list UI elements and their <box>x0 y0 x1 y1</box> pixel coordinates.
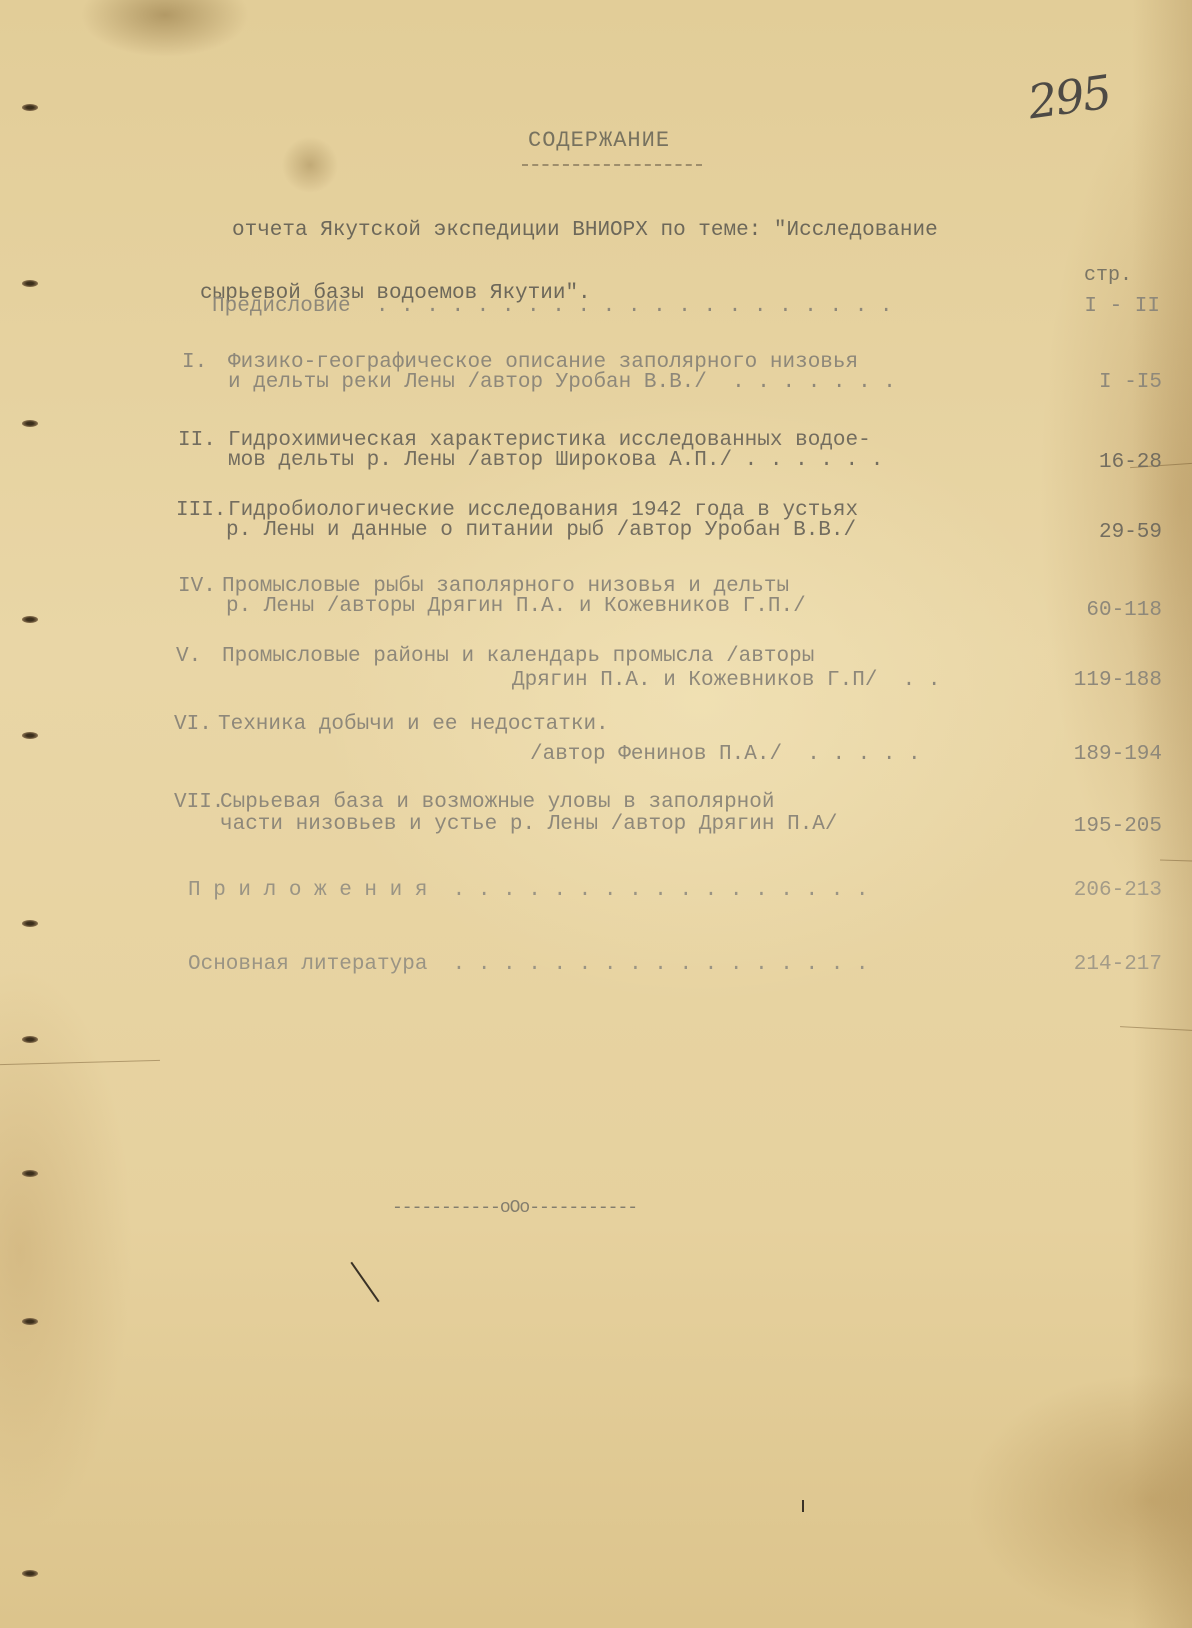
report-subtitle: отчета Якутской экспедиции ВНИОРХ по тем… <box>200 178 1140 346</box>
paper-crease <box>0 1060 160 1065</box>
entry-numeral: VII. <box>174 792 224 814</box>
entry-title: Основная литература . . . . . . . . . . … <box>188 954 869 976</box>
entry-title-line: р. Лены /авторы Дрягин П.А. и Кожевников… <box>226 596 806 618</box>
entry-title-line: части низовьев и устье р. Лены /автор Др… <box>220 814 838 836</box>
entry-title-line: Дрягин П.А. и Кожевников Г.П/ . . <box>512 670 940 692</box>
closing-separator: -----------oOo----------- <box>392 1198 637 1218</box>
punch-hole <box>22 104 38 111</box>
punch-hole <box>22 420 38 427</box>
page-column-header: стр. <box>1084 264 1132 287</box>
stray-mark <box>350 1262 379 1302</box>
entry-title-line: р. Лены и данные о питании рыб /автор Ур… <box>226 520 856 542</box>
entry-numeral: III. <box>176 500 226 522</box>
folio-number: 295 <box>1025 65 1114 130</box>
punch-hole <box>22 616 38 623</box>
entry-numeral: V. <box>176 646 201 668</box>
entry-pages: 119-188 <box>1074 670 1162 692</box>
punch-hole <box>22 1170 38 1177</box>
entry-pages: 206-213 <box>1074 880 1162 902</box>
entry-title-line: и дельты реки Лены /автор Уробан В.В./ .… <box>228 372 896 394</box>
document-page: 295 СОДЕРЖАНИЕ отчета Якутской экспедици… <box>0 0 1192 1628</box>
entry-pages: 195-205 <box>1074 816 1162 838</box>
punch-hole <box>22 1036 38 1043</box>
entry-title-line: Сырьевая база и возможные уловы в заполя… <box>220 792 775 814</box>
entry-numeral: VI. <box>174 714 212 736</box>
entry-pages: 16-28 <box>1099 452 1162 474</box>
paper-stain <box>1132 0 1192 1628</box>
entry-pages: 60-118 <box>1086 600 1162 622</box>
punch-hole <box>22 732 38 739</box>
entry-numeral: I. <box>182 352 207 374</box>
entry-title-line: мов дельты р. Лены /автор Широкова А.П./… <box>228 450 883 472</box>
entry-pages: I -I5 <box>1099 372 1162 394</box>
entry-numeral: IV. <box>178 576 216 598</box>
entry-title-line: /автор Фенинов П.А./ . . . . . <box>530 744 921 766</box>
entry-pages: I - II <box>1084 296 1160 318</box>
punch-hole <box>22 1570 38 1577</box>
entry-pages: 214-217 <box>1074 954 1162 976</box>
entry-title: Предисловие . . . . . . . . . . . . . . … <box>212 296 893 318</box>
punch-hole <box>22 1318 38 1325</box>
entry-pages: 189-194 <box>1074 744 1162 766</box>
entry-title: П р и л о ж е н и я . . . . . . . . . . … <box>188 880 869 902</box>
page-title: СОДЕРЖАНИЕ <box>528 128 670 153</box>
subtitle-line: отчета Якутской экспедиции ВНИОРХ по тем… <box>200 220 1140 241</box>
stray-mark <box>802 1500 804 1512</box>
entry-title-line: Техника добычи и ее недостатки. <box>218 714 609 736</box>
entry-pages: 29-59 <box>1099 522 1162 544</box>
punch-hole <box>22 280 38 287</box>
punch-hole <box>22 920 38 927</box>
title-underline <box>522 164 702 166</box>
entry-title-line: Промысловые районы и календарь промысла … <box>222 646 814 668</box>
entry-numeral: II. <box>178 430 216 452</box>
